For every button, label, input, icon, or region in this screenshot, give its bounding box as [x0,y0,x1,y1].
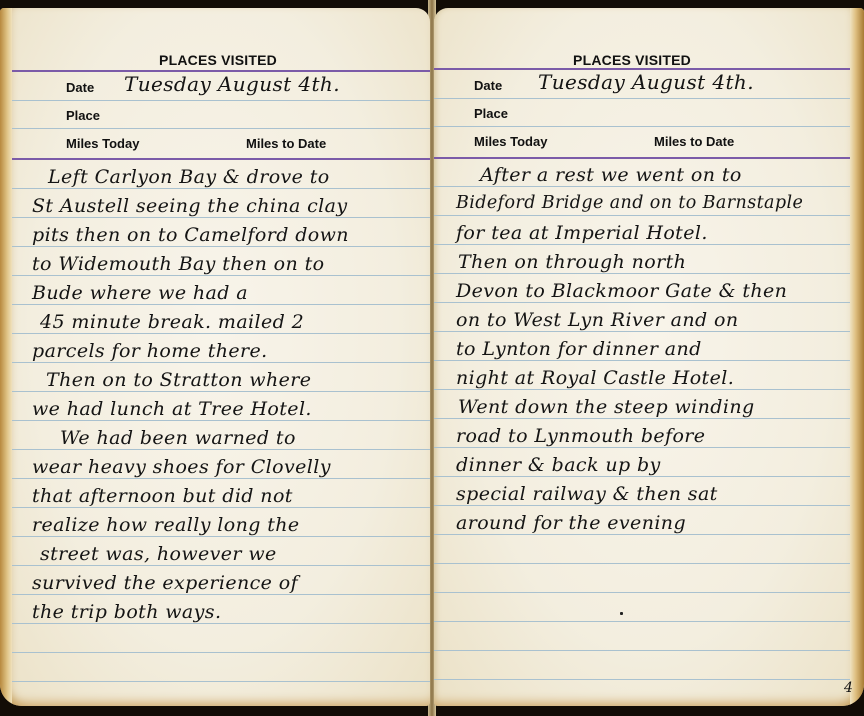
diary-spread: PLACES VISITED Date Place Miles Today Mi… [0,0,864,716]
handwritten-line: realize how really long the [32,514,300,536]
rule-line [12,420,430,421]
rule-line [434,505,850,506]
handwritten-line: we had lunch at Tree Hotel. [32,398,312,420]
rule-line [434,534,850,535]
handwritten-line: After a rest we went on to [480,164,742,186]
date-label: Date [474,78,502,93]
rule-line [434,389,850,390]
rule-line [434,592,850,593]
handwritten-line: Bude where we had a [32,282,248,304]
corner-mark: 4 [844,680,853,696]
rule-line [434,418,850,419]
page-edge-left [0,8,12,706]
handwritten-line: Then on through north [458,251,686,273]
rule-line [434,186,850,187]
rule-line [12,449,430,450]
rule-line [434,476,850,477]
handwritten-line: that afternoon but did not [32,485,293,507]
rule-line [434,360,850,361]
rule-line [12,128,430,129]
miles-today-label: Miles Today [66,136,139,151]
handwritten-line: We had been warned to [60,427,296,449]
page-edge-right [850,8,864,706]
handwritten-line: special railway & then sat [456,483,718,505]
rule-line [12,304,430,305]
date-value: Tuesday August 4th. [124,72,340,96]
date-value: Tuesday August 4th. [538,70,754,94]
rule-line [434,302,850,303]
rule-line [12,652,430,653]
handwritten-line: the trip both ways. [32,601,221,623]
header-rule [434,157,850,159]
handwritten-line: to Widemouth Bay then on to [32,253,324,275]
rule-line [12,507,430,508]
rule-line [12,217,430,218]
handwritten-line: Bideford Bridge and on to Barnstaple [456,193,803,213]
header-rule [12,158,430,160]
handwritten-line: night at Royal Castle Hotel. [456,367,734,389]
rule-line [12,246,430,247]
rule-line [434,650,850,651]
rule-line [12,100,430,101]
handwritten-line: for tea at Imperial Hotel. [456,222,708,244]
miles-today-label: Miles Today [474,134,547,149]
miles-to-date-label: Miles to Date [654,134,734,149]
right-page: PLACES VISITED Date Place Miles Today Mi… [434,8,864,706]
handwritten-line: wear heavy shoes for Clovelly [32,456,331,478]
handwritten-line: Left Carlyon Bay & drove to [48,166,330,188]
handwritten-line: around for the evening [456,512,686,534]
rule-line [12,188,430,189]
ink-dot [620,612,623,615]
rule-line [434,679,850,680]
rule-line [12,478,430,479]
handwritten-line: Then on to Stratton where [46,369,311,391]
handwritten-line: on to West Lyn River and on [456,309,739,331]
handwritten-line: St Austell seeing the china clay [32,195,348,217]
rule-line [434,244,850,245]
rule-line [12,391,430,392]
handwritten-line: Devon to Blackmoor Gate & then [456,280,787,302]
left-page-title: PLACES VISITED [12,52,424,68]
rule-line [434,563,850,564]
rule-line [12,362,430,363]
rule-line [434,273,850,274]
left-page: PLACES VISITED Date Place Miles Today Mi… [0,8,430,706]
rule-line [434,126,850,127]
handwritten-line: road to Lynmouth before [456,425,705,447]
rule-line [434,215,850,216]
right-page-title: PLACES VISITED [434,52,838,68]
rule-line [434,621,850,622]
rule-line [12,333,430,334]
handwritten-line: pits then on to Camelford down [32,224,349,246]
rule-line [12,565,430,566]
rule-line [434,331,850,332]
miles-to-date-label: Miles to Date [246,136,326,151]
rule-line [434,98,850,99]
handwritten-line: dinner & back up by [456,454,661,476]
handwritten-line: street was, however we [40,543,277,565]
date-label: Date [66,80,94,95]
rule-line [12,623,430,624]
rule-line [434,447,850,448]
rule-line [12,681,430,682]
rule-line [12,594,430,595]
handwritten-line: Went down the steep winding [458,396,755,418]
rule-line [12,275,430,276]
handwritten-line: to Lynton for dinner and [456,338,702,360]
rule-line [12,536,430,537]
handwritten-line: 45 minute break. mailed 2 [40,311,304,333]
handwritten-line: parcels for home there. [32,340,268,362]
place-label: Place [474,106,508,121]
handwritten-line: survived the experience of [32,572,298,594]
place-label: Place [66,108,100,123]
